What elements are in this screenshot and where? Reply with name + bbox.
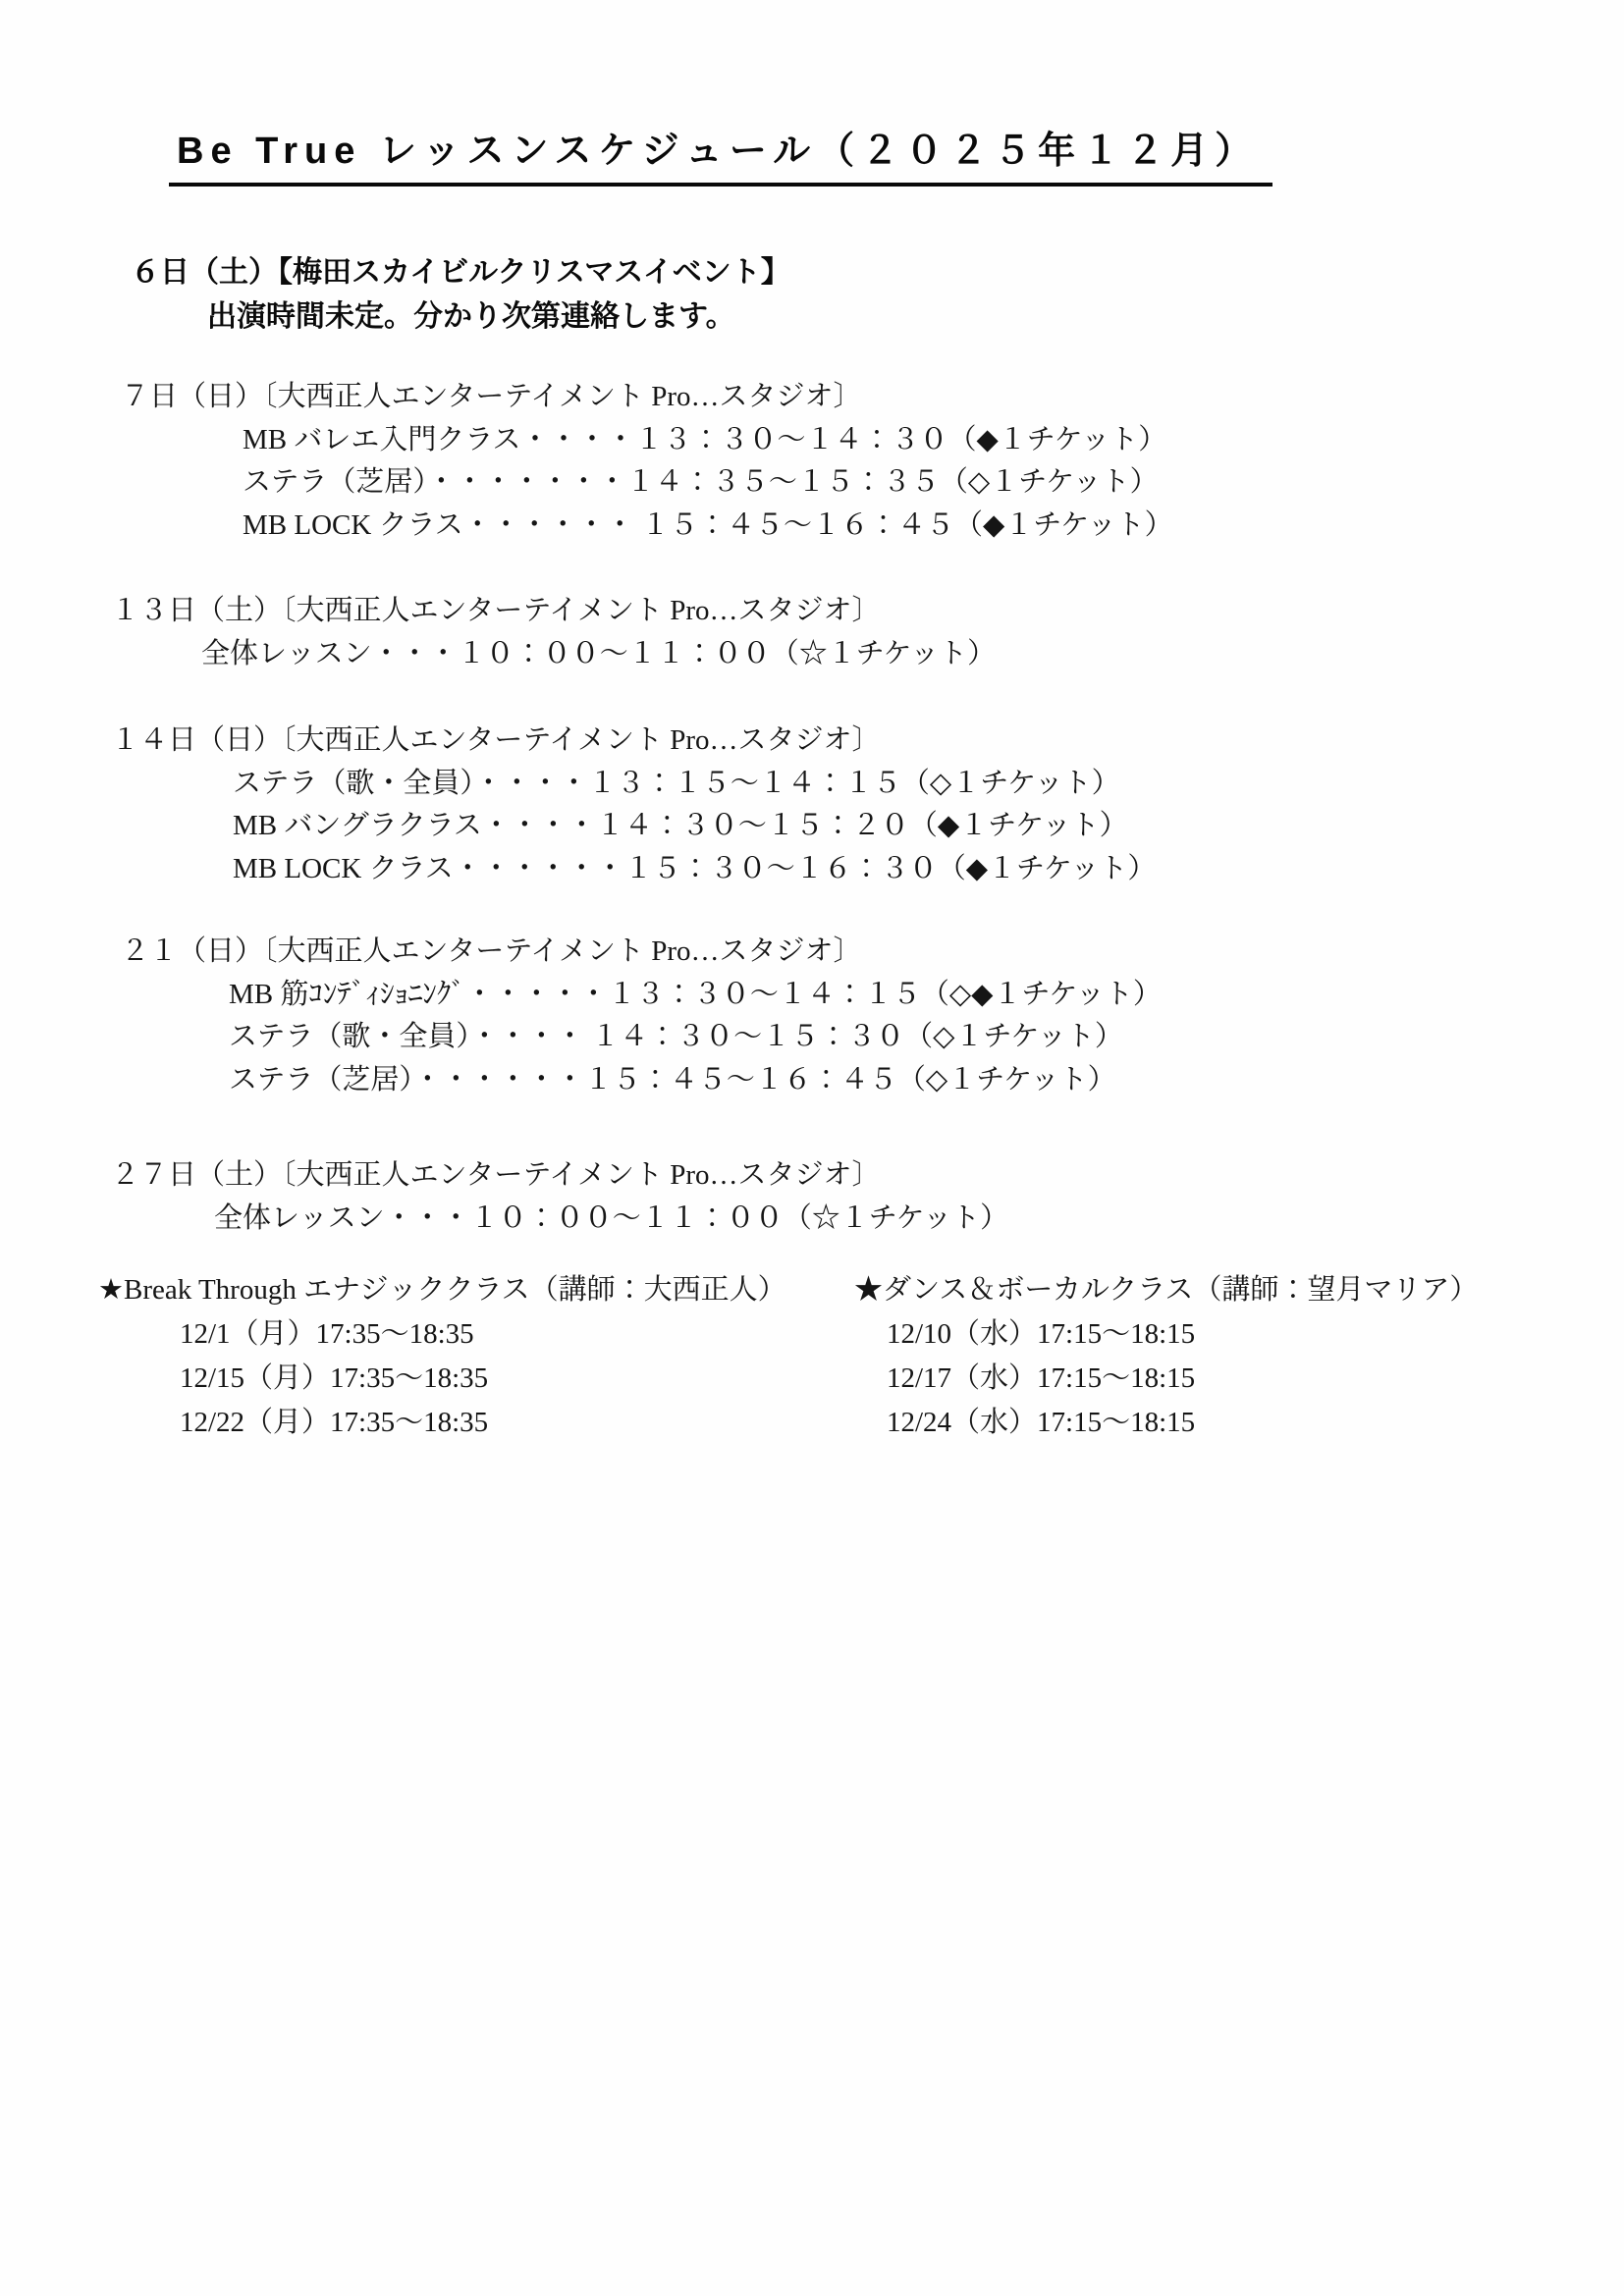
section-dec-7: ７日（日）〔大西正人エンターテイメント Pro…スタジオ〕 MB バレエ入門クラ… — [121, 376, 1173, 547]
section-dec-13: １３日（土）〔大西正人エンターテイメント Pro…スタジオ〕 全体レッスン・・・… — [111, 590, 996, 675]
weekly-class-heading: ★ダンス＆ボーカルクラス（講師：望月マリア） — [854, 1268, 1542, 1312]
event-notice-detail: 出演時間未定。分かり次第連絡します。 — [207, 294, 790, 339]
section-dec-14: １４日（日）〔大西正人エンターテイメント Pro…スタジオ〕 ステラ（歌・全員）… — [111, 720, 1156, 890]
lesson-item: ステラ（芝居）・・・・・・・１４：３５～１５：３５（◇１チケット） — [243, 461, 1173, 505]
lesson-item: MB バングラクラス・・・・１４：３０～１５：２０（◆１チケット） — [233, 805, 1156, 848]
lesson-schedule-document: Be True レッスンスケジュール（２０２５年１２月） ６日（土）【梅田スカイ… — [0, 0, 1624, 2296]
session-item: 12/1（月）17:35～18:35 — [180, 1312, 854, 1357]
lesson-item: MB LOCK クラス・・・・・・１５：３０～１６：３０（◆１チケット） — [233, 848, 1156, 891]
lesson-item: ステラ（芝居）・・・・・・１５：４５～１６：４５（◇１チケット） — [229, 1059, 1162, 1102]
section-heading: １４日（日）〔大西正人エンターテイメント Pro…スタジオ〕 — [111, 720, 1156, 763]
lesson-item: ステラ（歌・全員）・・・・ １４：３０～１５：３０（◇１チケット） — [229, 1016, 1162, 1059]
section-dec-21: ２１（日）〔大西正人エンターテイメント Pro…スタジオ〕 MB 筋ｺﾝﾃﾞｨｼ… — [121, 931, 1162, 1101]
section-heading: ７日（日）〔大西正人エンターテイメント Pro…スタジオ〕 — [121, 376, 1173, 419]
page-title: Be True レッスンスケジュール（２０２５年１２月） — [169, 120, 1272, 187]
lesson-item: 全体レッスン・・・１０：００～１１：００（☆１チケット） — [214, 1198, 1008, 1241]
section-dec-27: ２７日（土）〔大西正人エンターテイメント Pro…スタジオ〕 全体レッスン・・・… — [111, 1154, 1008, 1240]
weekly-column-break-through: ★Break Through エナジッククラス（講師：大西正人） 12/1（月）… — [98, 1268, 854, 1445]
lesson-item: ステラ（歌・全員）・・・・１３：１５～１４：１５（◇１チケット） — [233, 763, 1156, 806]
lesson-item: 全体レッスン・・・１０：００～１１：００（☆１チケット） — [201, 633, 996, 676]
event-notice: ６日（土）【梅田スカイビルクリスマスイベント】 出演時間未定。分かり次第連絡しま… — [131, 250, 790, 339]
session-item: 12/17（水）17:15～18:15 — [887, 1357, 1542, 1401]
weekly-column-dance-vocal: ★ダンス＆ボーカルクラス（講師：望月マリア） 12/10（水）17:15～18:… — [854, 1268, 1542, 1445]
session-item: 12/15（月）17:35～18:35 — [180, 1357, 854, 1401]
session-item: 12/24（水）17:15～18:15 — [887, 1401, 1542, 1445]
weekly-classes: ★Break Through エナジッククラス（講師：大西正人） 12/1（月）… — [98, 1268, 1542, 1445]
lesson-item: MB バレエ入門クラス・・・・１３：３０～１４：３０（◆１チケット） — [243, 419, 1173, 462]
event-notice-heading: ６日（土）【梅田スカイビルクリスマスイベント】 — [131, 250, 790, 294]
lesson-item: MB LOCK クラス・・・・・・ １５：４５～１６：４５（◆１チケット） — [243, 505, 1173, 548]
weekly-class-heading: ★Break Through エナジッククラス（講師：大西正人） — [98, 1268, 854, 1312]
session-item: 12/22（月）17:35～18:35 — [180, 1401, 854, 1445]
section-heading: ２１（日）〔大西正人エンターテイメント Pro…スタジオ〕 — [121, 931, 1162, 974]
section-heading: ２７日（土）〔大西正人エンターテイメント Pro…スタジオ〕 — [111, 1154, 1008, 1198]
lesson-item: MB 筋ｺﾝﾃﾞｨｼｮﾆﾝｸﾞ・・・・・１３：３０～１４：１５（◇◆１チケット） — [229, 974, 1162, 1017]
section-heading: １３日（土）〔大西正人エンターテイメント Pro…スタジオ〕 — [111, 590, 996, 633]
session-item: 12/10（水）17:15～18:15 — [887, 1312, 1542, 1357]
